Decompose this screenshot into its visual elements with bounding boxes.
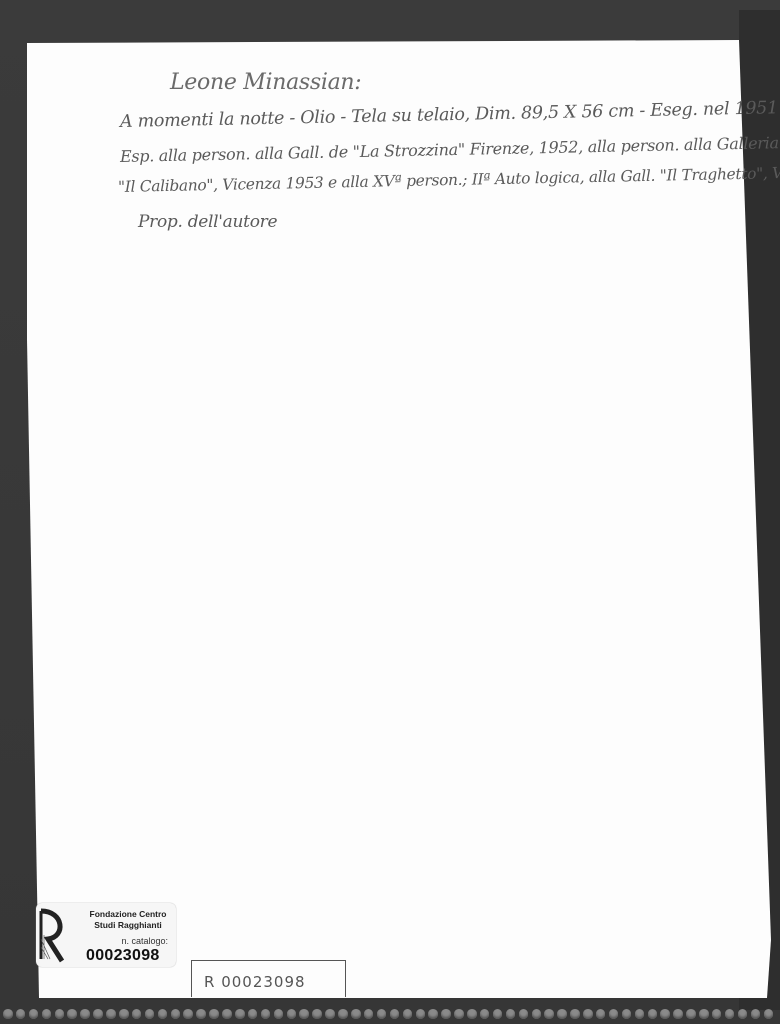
perforation-hole — [403, 1009, 413, 1019]
stamp-text: R 00023098 — [204, 973, 306, 991]
perforation-hole — [648, 1009, 658, 1019]
perforation-hole — [312, 1009, 322, 1019]
perforation-hole — [532, 1009, 542, 1019]
perforation-hole — [145, 1009, 155, 1019]
perforation-hole — [222, 1009, 232, 1019]
perforation-hole — [299, 1009, 309, 1019]
perforation-hole — [42, 1009, 52, 1019]
perforation-hole — [544, 1009, 554, 1019]
perforation-hole — [390, 1009, 400, 1019]
label-catalog-caption: n. catalogo: — [121, 936, 168, 946]
perforation-hole — [3, 1009, 13, 1019]
perforation-hole — [132, 1009, 142, 1019]
perforation-hole — [196, 1009, 206, 1019]
perforation-hole — [428, 1009, 438, 1019]
perforation-hole — [660, 1009, 670, 1019]
perforation-hole — [209, 1009, 219, 1019]
perforation-hole — [751, 1009, 761, 1019]
perforation-hole — [570, 1009, 580, 1019]
perforation-hole — [29, 1009, 39, 1019]
perforation-hole — [106, 1009, 116, 1019]
perforation-hole — [467, 1009, 477, 1019]
film-edge-holes — [0, 1004, 780, 1024]
perforation-hole — [158, 1009, 168, 1019]
perforation-hole — [351, 1009, 361, 1019]
perforation-hole — [622, 1009, 632, 1019]
perforation-hole — [441, 1009, 451, 1019]
perforation-hole — [416, 1009, 426, 1019]
perforation-hole — [93, 1009, 103, 1019]
perforation-hole — [764, 1009, 774, 1019]
catalog-stamp: R 00023098 — [191, 960, 346, 997]
perforation-hole — [287, 1009, 297, 1019]
label-org-line-2: Studi Ragghianti — [80, 920, 176, 931]
perforation-hole — [67, 1009, 77, 1019]
perforation-hole — [248, 1009, 258, 1019]
perforation-hole — [673, 1009, 683, 1019]
perforation-hole — [686, 1009, 696, 1019]
perforation-hole — [557, 1009, 567, 1019]
label-catalog-number: 00023098 — [86, 947, 160, 965]
perforation-hole — [712, 1009, 722, 1019]
perforation-hole — [338, 1009, 348, 1019]
perforation-hole — [609, 1009, 619, 1019]
label-organization: Fondazione Centro Studi Ragghianti — [80, 909, 176, 931]
handwritten-line-4: Prop. dell'autore — [138, 212, 277, 232]
handwritten-author: Leone Minassian: — [170, 70, 361, 95]
perforation-hole — [16, 1009, 26, 1019]
perforation-hole — [635, 1009, 645, 1019]
perforation-hole — [325, 1009, 335, 1019]
label-org-line-1: Fondazione Centro — [80, 909, 176, 920]
perforation-hole — [55, 1009, 65, 1019]
perforation-hole — [261, 1009, 271, 1019]
perforation-hole — [119, 1009, 129, 1019]
perforation-hole — [699, 1009, 709, 1019]
perforation-hole — [274, 1009, 284, 1019]
ragghianti-r-logo-icon — [38, 907, 68, 963]
perforation-hole — [454, 1009, 464, 1019]
perforation-hole — [519, 1009, 529, 1019]
perforation-hole — [596, 1009, 606, 1019]
perforation-hole — [493, 1009, 503, 1019]
archive-label: Fondazione Centro Studi Ragghianti n. ca… — [36, 903, 176, 967]
perforation-hole — [183, 1009, 193, 1019]
perforation-hole — [506, 1009, 516, 1019]
perforation-hole — [738, 1009, 748, 1019]
perforation-hole — [480, 1009, 490, 1019]
perforation-hole — [80, 1009, 90, 1019]
perforation-hole — [583, 1009, 593, 1019]
perforation-hole — [725, 1009, 735, 1019]
perforation-hole — [235, 1009, 245, 1019]
perforation-hole — [377, 1009, 387, 1019]
perforation-hole — [171, 1009, 181, 1019]
perforation-hole — [364, 1009, 374, 1019]
